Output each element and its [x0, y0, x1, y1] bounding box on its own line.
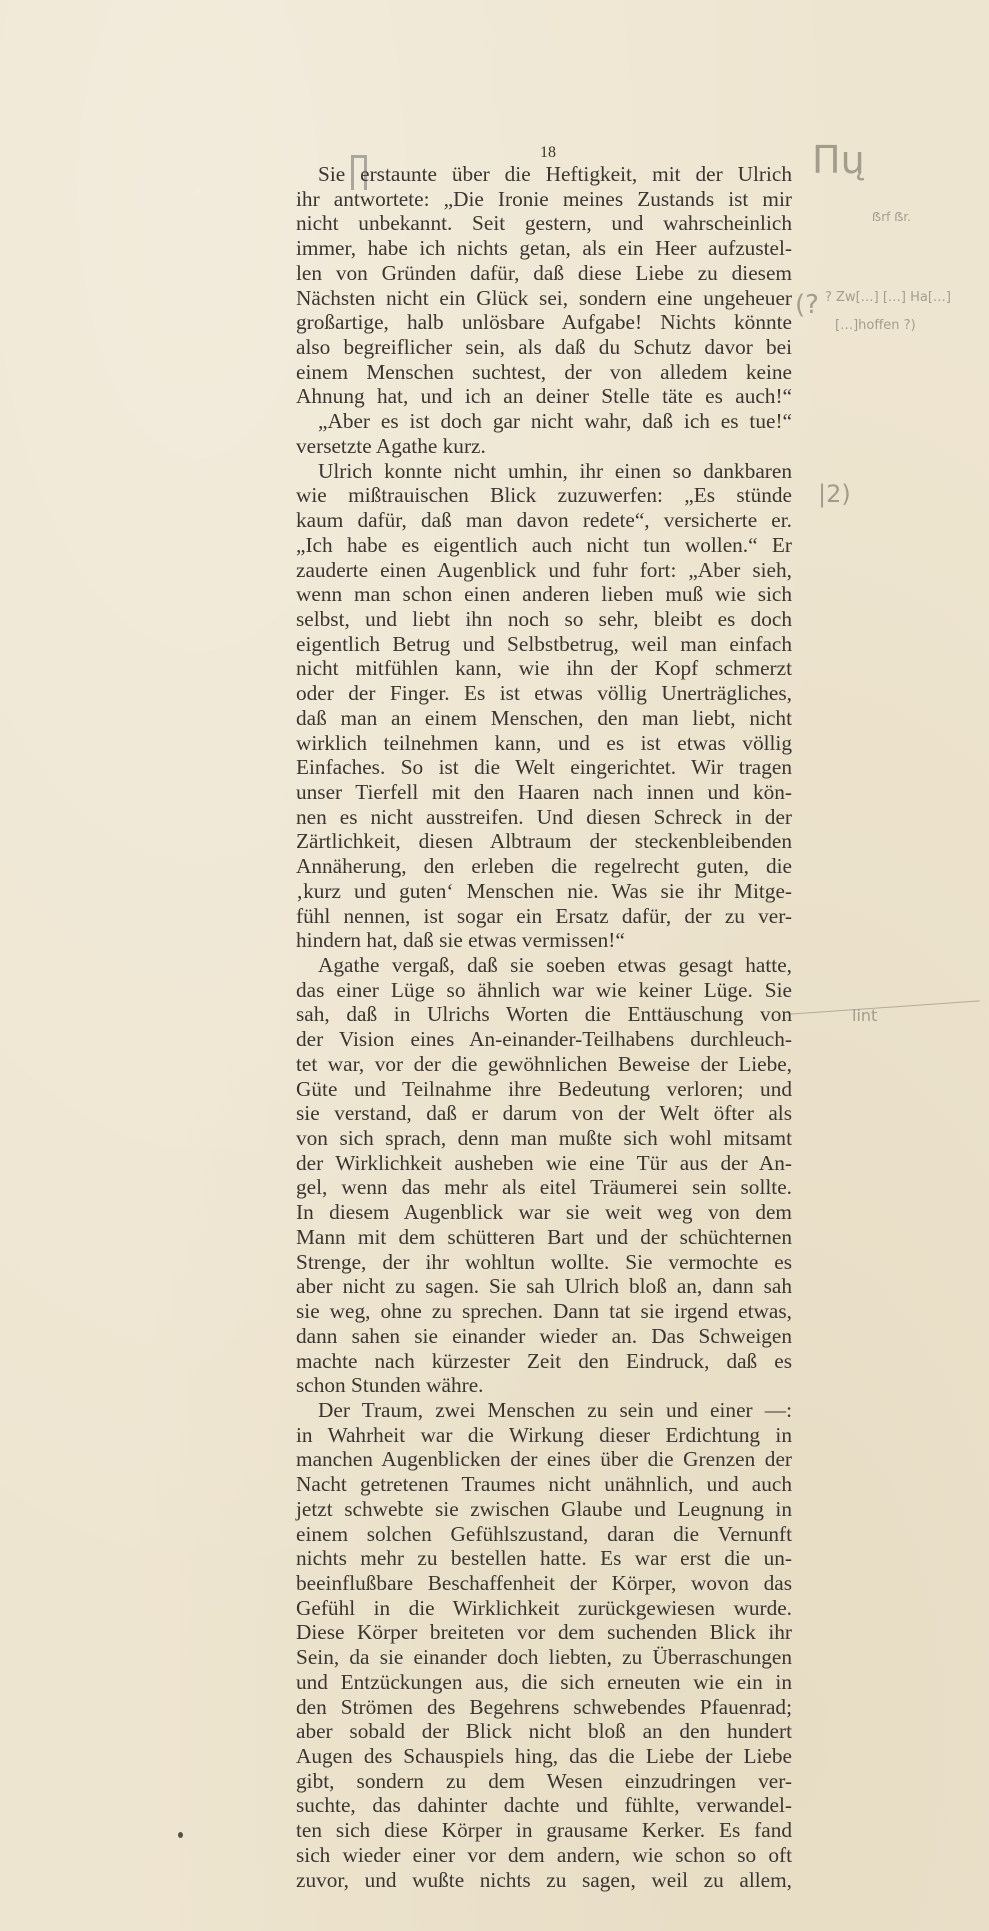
text-line: Augen des Schauspiels hing, das die Lieb…: [296, 1744, 792, 1769]
text-line: suchte, das dahinter dachte und fühlte, …: [296, 1793, 792, 1818]
text-line: ‚kurz und guten‘ Menschen nie. Was sie i…: [296, 879, 792, 904]
text-line: manchen Augenblicken der eines über die …: [296, 1447, 792, 1472]
page-number: 18: [540, 144, 556, 162]
text-line: Diese Körper breiteten vor dem suchenden…: [296, 1620, 792, 1645]
text-line: Güte und Teilnahme ihre Bedeutung verlor…: [296, 1077, 792, 1102]
text-line: kaum dafür, daß man davon redete“, versi…: [296, 508, 792, 533]
text-line: großartige, halb unlösbare Aufgabe! Nich…: [296, 310, 792, 335]
text-line: oder der Finger. Es ist etwas völlig Une…: [296, 681, 792, 706]
text-line: versetzte Agathe kurz.: [296, 434, 792, 459]
text-line: nicht unbekannt. Seit gestern, und wahrs…: [296, 211, 792, 236]
text-line: immer, habe ich nichts getan, als ein He…: [296, 236, 792, 261]
text-line: Nacht getretenen Traumes nicht unähnlich…: [296, 1472, 792, 1497]
text-line: nichts mehr zu bestellen hatte. Es war e…: [296, 1546, 792, 1571]
text-line: beeinflußbare Beschaffenheit der Körper,…: [296, 1571, 792, 1596]
text-line: aber sobald der Blick nicht bloß an den …: [296, 1719, 792, 1744]
text-line: ihr antwortete: „Die Ironie meines Zusta…: [296, 187, 792, 212]
text-line: wirklich teilnehmen kann, und es ist etw…: [296, 731, 792, 756]
text-line: also begreiflicher sein, als daß du Schu…: [296, 335, 792, 360]
text-line: Strenge, der ihr wohltun wollte. Sie ver…: [296, 1250, 792, 1275]
text-line: „Aber es ist doch gar nicht wahr, daß ic…: [296, 409, 792, 434]
text-line: unser Tierfell mit den Haaren nach innen…: [296, 780, 792, 805]
text-line: selbst, und liebt ihn noch so sehr, blei…: [296, 607, 792, 632]
text-line: von sich sprach, denn man mußte sich woh…: [296, 1126, 792, 1151]
text-line: Annäherung, den erleben die regelrecht g…: [296, 854, 792, 879]
text-line: das einer Lüge so ähnlich war wie keiner…: [296, 978, 792, 1003]
text-line: gibt, sondern zu dem Wesen einzudringen …: [296, 1769, 792, 1794]
text-line: der Vision eines An-einander-Teilhabens …: [296, 1027, 792, 1052]
text-line: einem Menschen suchtest, der von alledem…: [296, 360, 792, 385]
text-line: dann sahen sie einander wieder an. Das S…: [296, 1324, 792, 1349]
margin-note-3: ? Zw[…] […] Ha[…]: [825, 290, 951, 305]
text-line: in Wahrheit war die Wirkung dieser Erdic…: [296, 1423, 792, 1448]
text-line: In diesem Augenblick war sie weit weg vo…: [296, 1200, 792, 1225]
text-line: sie weg, ohne zu sprechen. Dann tat sie …: [296, 1299, 792, 1324]
text-line: der Wirklichkeit ausheben wie eine Tür a…: [296, 1151, 792, 1176]
text-line: Nächsten nicht ein Glück sei, sondern ei…: [296, 286, 792, 311]
text-line: sie verstand, daß er darum von der Welt …: [296, 1101, 792, 1126]
text-line: fühl nennen, ist sogar ein Ersatz dafür,…: [296, 904, 792, 929]
margin-note-4: […]hoffen ?): [835, 318, 916, 333]
text-line: hindern hat, daß sie etwas vermissen!“: [296, 928, 792, 953]
text-line: schon Stunden währe.: [296, 1373, 792, 1398]
text-line: Ulrich konnte nicht umhin, ihr einen so …: [296, 459, 792, 484]
text-line: eigentlich Betrug und Selbstbetrug, weil…: [296, 632, 792, 657]
text-line: gel, wenn das mehr als eitel Träumerei s…: [296, 1175, 792, 1200]
text-line: wenn man schon einen anderen lieben muß …: [296, 582, 792, 607]
text-line: einem solchen Gefühlszustand, daran die …: [296, 1522, 792, 1547]
text-line: len von Gründen dafür, daß diese Liebe z…: [296, 261, 792, 286]
body-text: Sie erstaunte über die Heftigkeit, mit d…: [296, 162, 792, 1892]
text-line: sah, daß in Ulrichs Worten die Enttäusch…: [296, 1002, 792, 1027]
text-line: zuvor, und wußte nichts zu sagen, weil z…: [296, 1868, 792, 1893]
text-line: aber nicht zu sagen. Sie sah Ulrich bloß…: [296, 1274, 792, 1299]
text-line: und Entzückungen aus, die sich erneuten …: [296, 1670, 792, 1695]
text-line: sich wieder einer vor dem andern, wie sc…: [296, 1843, 792, 1868]
text-line: tet war, vor der die gewöhnlichen Beweis…: [296, 1052, 792, 1077]
ink-speck: [178, 1832, 183, 1838]
margin-note-middle: |2): [818, 480, 851, 508]
margin-strike-line: [790, 1000, 980, 1014]
text-line: Gefühl in die Wirklichkeit zurückgewiese…: [296, 1596, 792, 1621]
text-line: nicht mitfühlen kann, wie ihn der Kopf s…: [296, 656, 792, 681]
text-line: den Strömen des Begehrens schwebendes Pf…: [296, 1695, 792, 1720]
text-line: daß man an einem Menschen, den man liebt…: [296, 706, 792, 731]
text-line: ten sich diese Körper in grausame Kerker…: [296, 1818, 792, 1843]
text-line: Agathe vergaß, daß sie soeben etwas gesa…: [296, 953, 792, 978]
text-line: Einfaches. So ist die Welt eingerichtet.…: [296, 755, 792, 780]
text-line: Sein, da sie einander doch liebten, zu Ü…: [296, 1645, 792, 1670]
text-line: jetzt schwebte sie zwischen Glaube und L…: [296, 1497, 792, 1522]
margin-note-2: ẞrf ẞr.: [872, 210, 911, 224]
text-line: zauderte einen Augenblick und fuhr fort:…: [296, 558, 792, 583]
text-line: machte nach kürzester Zeit den Eindruck,…: [296, 1349, 792, 1374]
margin-note-top: Πų: [812, 138, 865, 182]
text-line: nen es nicht ausstreifen. Und diesen Sch…: [296, 805, 792, 830]
text-line: Der Traum, zwei Menschen zu sein und ein…: [296, 1398, 792, 1423]
margin-note-bracket: (?: [795, 290, 819, 320]
text-line: „Ich habe es eigentlich auch nicht tun w…: [296, 533, 792, 558]
text-line: Zärtlichkeit, diesen Albtraum der stecke…: [296, 829, 792, 854]
text-line: Mann mit dem schütteren Bart und der sch…: [296, 1225, 792, 1250]
text-line: Sie erstaunte über die Heftigkeit, mit d…: [296, 162, 792, 187]
text-line: wie mißtrauischen Blick zuzuwerfen: „Es …: [296, 483, 792, 508]
text-line: Ahnung hat, und ich an deiner Stelle tät…: [296, 384, 792, 409]
